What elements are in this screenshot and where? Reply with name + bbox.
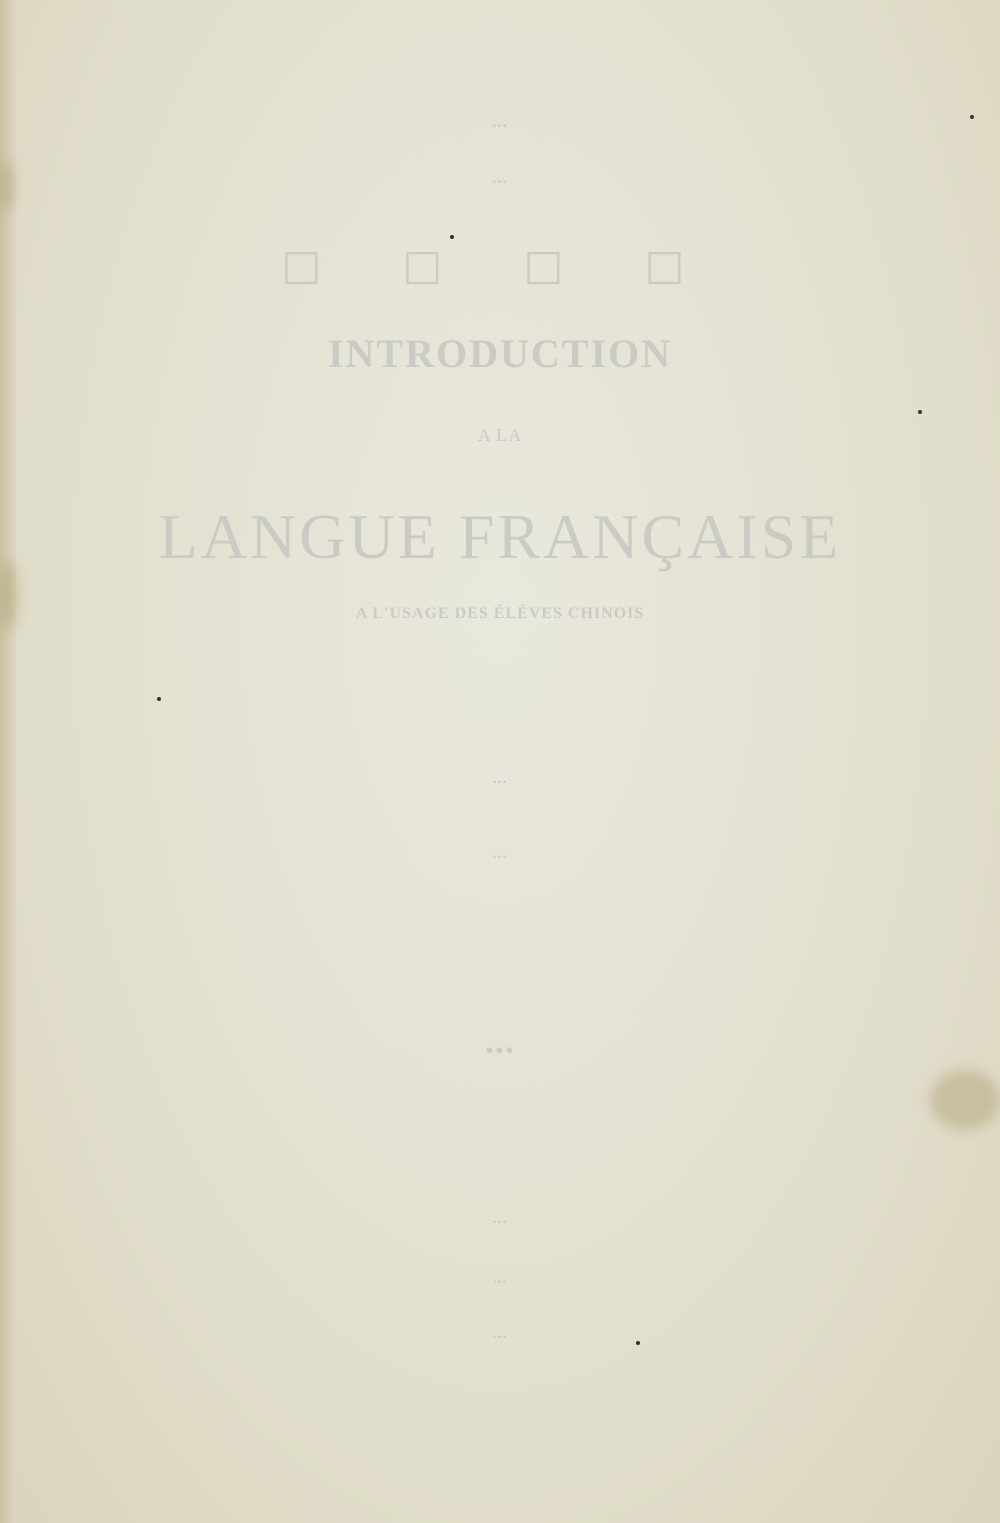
title-subtitle: A L'USAGE DES ÉLÈVES CHINOIS (0, 605, 1000, 623)
speck (918, 410, 922, 414)
header-line-2: ... (0, 168, 1000, 188)
title-introduction: INTRODUCTION (0, 330, 1000, 377)
book-page: ... ... □ □ □ □ INTRODUCTION A LA LANGUE… (0, 0, 1000, 1523)
imprint-line-1: ... (0, 1210, 1000, 1228)
imprint-line-3: ... (0, 1325, 1000, 1343)
imprint-line-2: ... (0, 1270, 1000, 1288)
header-line-1: ... (0, 112, 1000, 132)
title-main: LANGUE FRANÇAISE (0, 500, 1000, 574)
author-line: ... (0, 770, 1000, 788)
year-mark: ... (0, 1020, 1000, 1062)
author-detail-line: ... (0, 845, 1000, 863)
speck (450, 235, 454, 239)
stain (930, 1070, 1000, 1130)
page-spine-edge (0, 0, 16, 1523)
chinese-title: □ □ □ □ (0, 240, 1000, 289)
speck (157, 697, 161, 701)
title-a-la: A LA (0, 425, 1000, 446)
